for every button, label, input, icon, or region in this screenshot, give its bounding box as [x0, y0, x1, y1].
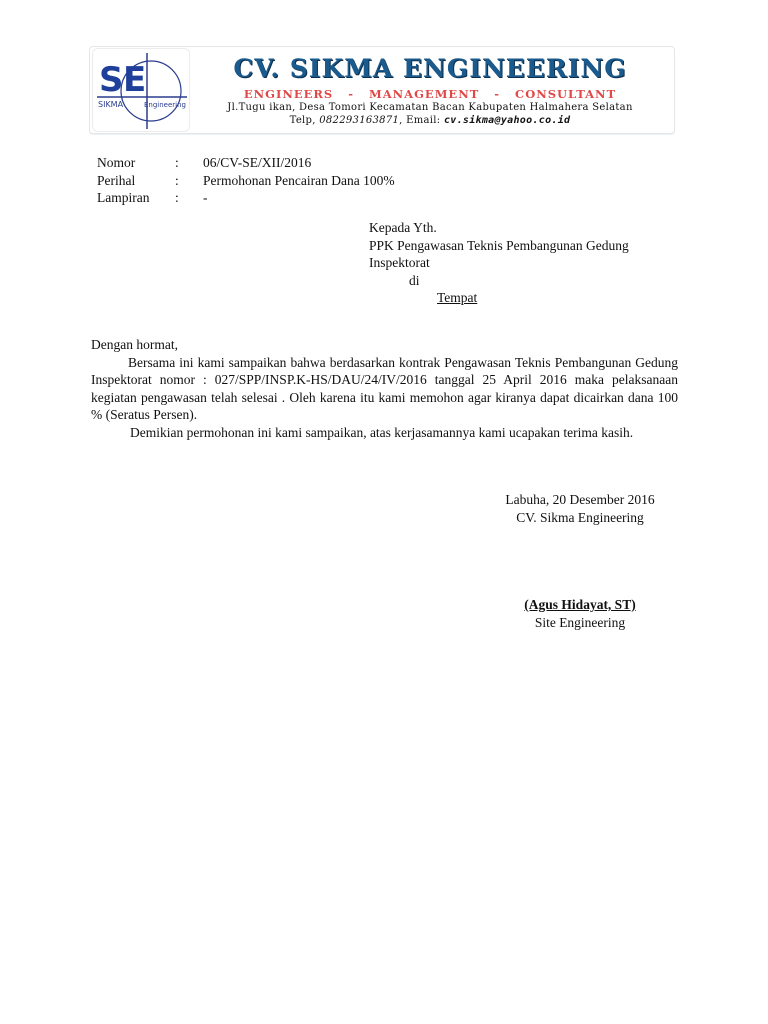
svg-text:SIKMA: SIKMA — [98, 100, 124, 109]
meta-value: 06/CV-SE/XII/2016 — [203, 154, 311, 172]
meta-value: Permohonan Pencairan Dana 100% — [203, 172, 395, 190]
signer-position: Site Engineering — [480, 614, 680, 632]
body-paragraph-2: Demikian permohonan ini kami sampaikan, … — [91, 424, 678, 442]
email-prefix: , Email: — [399, 115, 440, 126]
phone-number: 082293163871 — [319, 115, 399, 126]
meta-label: Nomor — [97, 154, 175, 172]
meta-label: Lampiran — [97, 189, 175, 207]
recipient-block: Kepada Yth. PPK Pengawasan Teknis Pemban… — [369, 219, 629, 307]
company-name: CV. SIKMA ENGINEERING — [190, 54, 670, 83]
signature-company: CV. Sikma Engineering — [480, 509, 680, 527]
signer-name: (Agus Hidayat, ST) — [480, 596, 680, 614]
svg-text:E: E — [123, 60, 146, 100]
contact-prefix: Telp, — [290, 115, 316, 126]
svg-text:Engineering: Engineering — [144, 101, 186, 109]
signature-header: Labuha, 20 Desember 2016 CV. Sikma Engin… — [480, 491, 680, 526]
signature-footer: (Agus Hidayat, ST) Site Engineering — [480, 596, 680, 631]
company-tagline: ENGINEERS - MANAGEMENT - CONSULTANT — [190, 87, 670, 101]
svg-text:S: S — [99, 60, 124, 100]
salutation: Dengan hormat, — [91, 336, 678, 354]
letter-body: Dengan hormat, Bersama ini kami sampaika… — [91, 336, 678, 441]
place-date: Labuha, 20 Desember 2016 — [480, 491, 680, 509]
meta-row-perihal: Perihal : Permohonan Pencairan Dana 100% — [97, 172, 395, 190]
meta-colon: : — [175, 154, 203, 172]
meta-row-lampiran: Lampiran : - — [97, 189, 395, 207]
meta-label: Perihal — [97, 172, 175, 190]
company-address: Jl.Tugu ikan, Desa Tomori Kecamatan Baca… — [190, 102, 670, 113]
meta-colon: : — [175, 189, 203, 207]
meta-row-nomor: Nomor : 06/CV-SE/XII/2016 — [97, 154, 395, 172]
recipient-greeting: Kepada Yth. — [369, 219, 629, 237]
company-logo: S E SIKMA Engineering — [92, 48, 190, 132]
crosshair-logo-icon: S E SIKMA Engineering — [93, 49, 189, 131]
recipient-name: PPK Pengawasan Teknis Pembangunan Gedung — [369, 237, 629, 255]
body-paragraph-1: Bersama ini kami sampaikan bahwa berdasa… — [91, 354, 678, 424]
recipient-org: Inspektorat — [369, 254, 629, 272]
recipient-place: Tempat — [369, 289, 629, 307]
email-address: cv.sikma@yahoo.co.id — [444, 115, 570, 126]
recipient-di: di — [369, 272, 629, 290]
letter-meta: Nomor : 06/CV-SE/XII/2016 Perihal : Perm… — [97, 154, 395, 207]
meta-value: - — [203, 189, 208, 207]
company-contact: Telp, 082293163871, Email: cv.sikma@yaho… — [190, 115, 670, 126]
meta-colon: : — [175, 172, 203, 190]
